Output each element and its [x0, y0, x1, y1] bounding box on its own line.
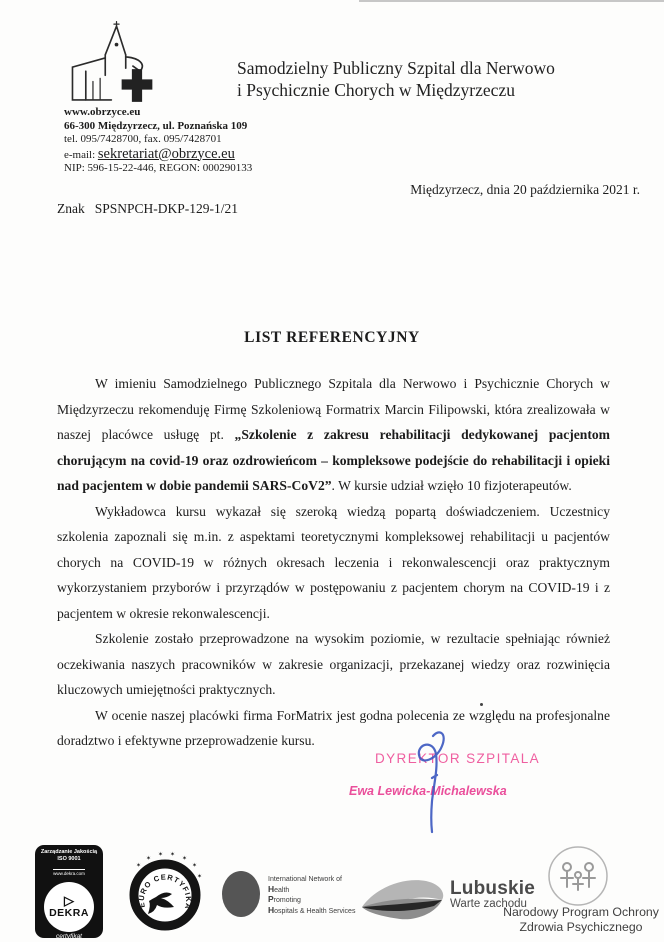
email-label: e-mail:: [64, 149, 95, 161]
reference-number-line: ZnakSPSNPCH-DKP-129-1/21: [57, 201, 238, 217]
reference-label: Znak: [57, 201, 85, 216]
paragraph-2: Wykładowca kursu wykazał się szeroką wie…: [57, 499, 610, 627]
lubuskie-leaf-icon: [356, 871, 452, 929]
ihph-logo-text: International Network of Health Promotin…: [268, 875, 355, 916]
hospital-phone-fax: tel. 095/7428700, fax. 095/7428701: [64, 133, 252, 147]
paragraph-4: W ocenie naszej placówki firma ForMatrix…: [57, 703, 610, 754]
svg-text:✶: ✶: [136, 862, 141, 869]
hospital-email-row: e-mail: sekretariat@obrzyce.eu: [64, 148, 252, 163]
npozp-line1: Narodowy Program Ochrony: [498, 905, 664, 920]
scan-dot-artifact: [480, 703, 483, 706]
dekra-seal-circle: ▷ DEKRA: [44, 882, 94, 932]
document-title: LIST REFERENCYJNY: [0, 329, 664, 347]
dekra-iso9001-logo: Zarządzanie JakościąISO 9001 www.dekra.c…: [35, 845, 103, 938]
svg-text:✶: ✶: [182, 855, 187, 862]
svg-text:✶: ✶: [158, 851, 163, 858]
euro-certyfikat-stamp: ✶✶✶ ✶✶✶✶ EURO CERTYFIKAT: [126, 851, 204, 933]
lubuskie-brand: Lubuskie: [450, 879, 535, 898]
scan-edge-artifact: [359, 0, 664, 2]
hospital-email: sekretariat@obrzyce.eu: [98, 146, 235, 162]
svg-text:✶: ✶: [197, 873, 202, 880]
hospital-website: www.obrzyce.eu: [64, 106, 252, 120]
svg-text:✶: ✶: [192, 862, 197, 869]
handwritten-signature-ink: [400, 726, 464, 836]
hospital-church-logo: [52, 20, 180, 104]
hospital-address: 66-300 Międzyrzecz, ul. Poznańska 109: [64, 120, 252, 134]
svg-text:✶: ✶: [146, 855, 151, 862]
footer-logos: Zarządzanie JakościąISO 9001 www.dekra.c…: [0, 843, 664, 942]
mental-health-program-icon: [547, 845, 609, 907]
hospital-name-line2: i Psychicznie Chorych w Międzyrzeczu: [237, 80, 637, 102]
paragraph-1-post: . W kursie udział wzięło 10 fizjoterapeu…: [332, 478, 572, 493]
hospital-contact-block: www.obrzyce.eu 66-300 Międzyrzecz, ul. P…: [64, 106, 252, 176]
dekra-url: www.dekra.com: [53, 869, 85, 876]
ihph-globe-icon: [222, 871, 260, 917]
hospital-nip-regon: NIP: 596-15-22-446, REGON: 000290133: [64, 162, 252, 176]
dekra-certyfikat-label: certyfikat: [35, 933, 103, 938]
mental-health-program-text: Narodowy Program Ochrony Zdrowia Psychic…: [498, 905, 664, 934]
npozp-line2: Zdrowia Psychicznego: [498, 920, 664, 935]
ihph-line1: International Network of: [268, 875, 355, 885]
dekra-brand: DEKRA: [49, 907, 89, 919]
reference-letter-page: www.obrzyce.eu 66-300 Międzyrzecz, ul. P…: [0, 0, 664, 942]
letter-body: W imieniu Samodzielnego Publicznego Szpi…: [57, 371, 610, 754]
paragraph-3: Szkolenie zostało przeprowadzone na wyso…: [57, 626, 610, 703]
ihph-line3: Promoting: [268, 895, 355, 906]
hospital-name-line1: Samodzielny Publiczny Szpital dla Nerwow…: [237, 58, 637, 80]
dekra-iso-label: Zarządzanie JakościąISO 9001: [35, 849, 103, 862]
svg-text:✶: ✶: [170, 851, 175, 858]
hospital-name: Samodzielny Publiczny Szpital dla Nerwow…: [237, 58, 637, 101]
paragraph-1: W imieniu Samodzielnego Publicznego Szpi…: [57, 371, 610, 499]
ihph-line2: Health: [268, 885, 355, 896]
date-line: Międzyrzecz, dnia 20 października 2021 r…: [410, 182, 640, 198]
dekra-triangle-icon: ▷: [64, 895, 74, 907]
ihph-line4: Hospitals & Health Services: [268, 906, 355, 917]
reference-number: SPSNPCH-DKP-129-1/21: [95, 201, 238, 216]
